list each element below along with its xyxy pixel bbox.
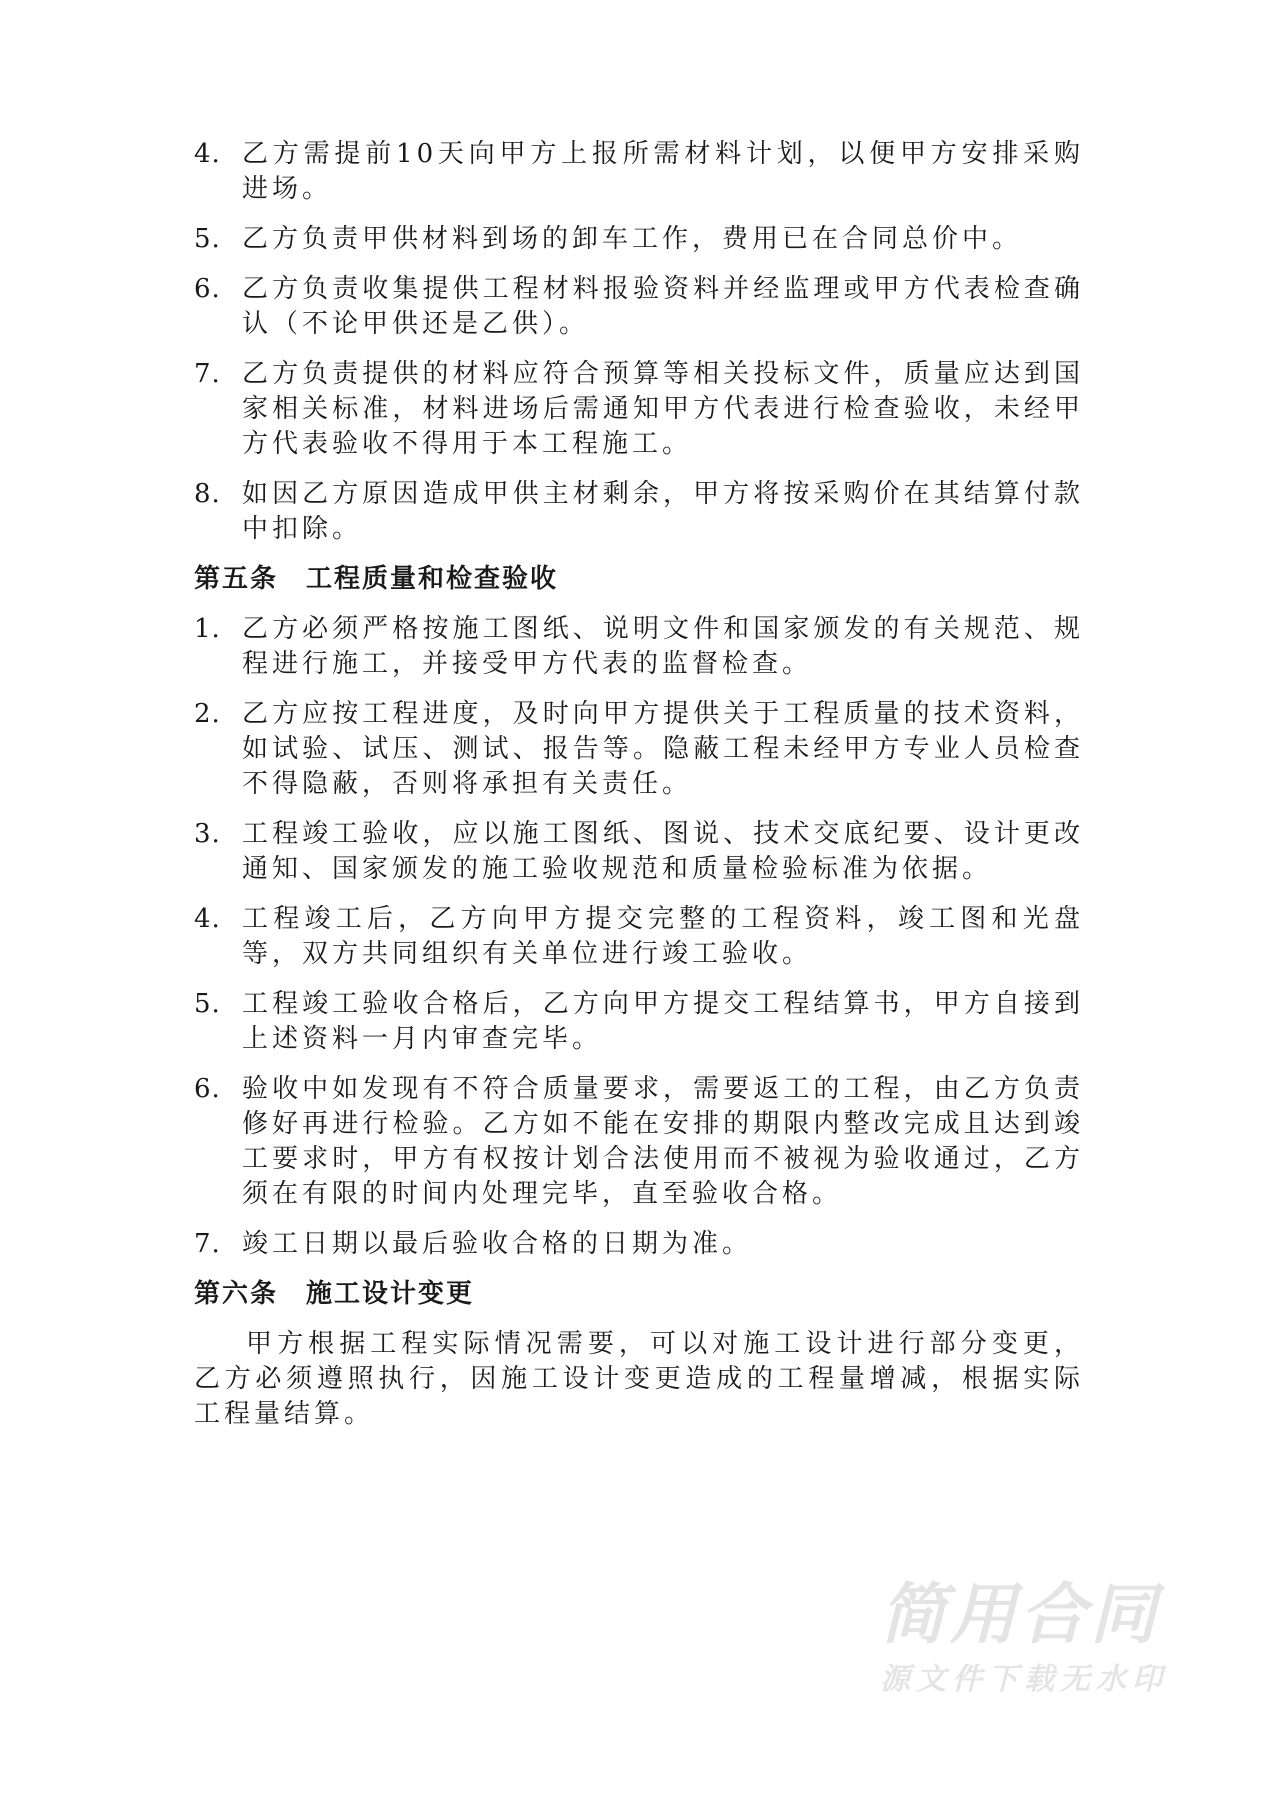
list-item: 4. 工程竣工后，乙方向甲方提交完整的工程资料，竣工图和光盘等，双方共同组织有关…: [194, 902, 1084, 972]
watermark-brand: 简用合同: [880, 1580, 1168, 1650]
item-text: 如因乙方原因造成甲供主材剩余，甲方将按采购价在其结算付款中扣除。: [242, 477, 1084, 547]
item-text: 乙方需提前10天向甲方上报所需材料计划，以便甲方安排采购进场。: [242, 137, 1084, 207]
article-label: 第五条: [194, 564, 278, 594]
item-text: 乙方应按工程进度，及时向甲方提供关于工程质量的技术资料，如试验、试压、测试、报告…: [242, 697, 1084, 802]
item-number: 4.: [194, 137, 242, 207]
watermark: 简用合同 源文件下载无水印: [880, 1580, 1168, 1700]
list-item: 6. 验收中如发现有不符合质量要求，需要返工的工程，由乙方负责修好再进行检验。乙…: [194, 1072, 1084, 1212]
item-text: 工程竣工验收，应以施工图纸、图说、技术交底纪要、设计更改通知、国家颁发的施工验收…: [242, 817, 1084, 887]
item-text: 工程竣工后，乙方向甲方提交完整的工程资料，竣工图和光盘等，双方共同组织有关单位进…: [242, 902, 1084, 972]
document-page: 4. 乙方需提前10天向甲方上报所需材料计划，以便甲方安排采购进场。 5. 乙方…: [194, 137, 1084, 1432]
list-item: 8. 如因乙方原因造成甲供主材剩余，甲方将按采购价在其结算付款中扣除。: [194, 477, 1084, 547]
list-item: 1. 乙方必须严格按施工图纸、说明文件和国家颁发的有关规范、规程进行施工，并接受…: [194, 612, 1084, 682]
item-number: 7.: [194, 1227, 242, 1262]
article-label: 第六条: [194, 1279, 278, 1309]
list-item: 2. 乙方应按工程进度，及时向甲方提供关于工程质量的技术资料，如试验、试压、测试…: [194, 697, 1084, 802]
list-item: 5. 工程竣工验收合格后，乙方向甲方提交工程结算书，甲方自接到上述资料一月内审查…: [194, 987, 1084, 1057]
item-text: 竣工日期以最后验收合格的日期为准。: [242, 1227, 1084, 1262]
list-item: 4. 乙方需提前10天向甲方上报所需材料计划，以便甲方安排采购进场。: [194, 137, 1084, 207]
item-text: 乙方负责提供的材料应符合预算等相关投标文件，质量应达到国家相关标准，材料进场后需…: [242, 357, 1084, 462]
item-number: 6.: [194, 272, 242, 342]
list-item: 5. 乙方负责甲供材料到场的卸车工作，费用已在合同总价中。: [194, 222, 1084, 257]
item-text: 乙方负责收集提供工程材料报验资料并经监理或甲方代表检查确认（不论甲供还是乙供）。: [242, 272, 1084, 342]
item-number: 4.: [194, 902, 242, 972]
item-number: 6.: [194, 1072, 242, 1212]
list-item: 3. 工程竣工验收，应以施工图纸、图说、技术交底纪要、设计更改通知、国家颁发的施…: [194, 817, 1084, 887]
article-5-heading: 第五条工程质量和检查验收: [194, 562, 1084, 597]
list-item: 7. 乙方负责提供的材料应符合预算等相关投标文件，质量应达到国家相关标准，材料进…: [194, 357, 1084, 462]
item-number: 5.: [194, 222, 242, 257]
item-number: 3.: [194, 817, 242, 887]
article-6-paragraph: 甲方根据工程实际情况需要，可以对施工设计进行部分变更，乙方必须遵照执行，因施工设…: [194, 1327, 1084, 1432]
list-item: 7. 竣工日期以最后验收合格的日期为准。: [194, 1227, 1084, 1262]
article-title: 施工设计变更: [306, 1279, 474, 1309]
article-6-heading: 第六条施工设计变更: [194, 1277, 1084, 1312]
item-number: 8.: [194, 477, 242, 547]
item-number: 2.: [194, 697, 242, 802]
item-number: 1.: [194, 612, 242, 682]
item-text: 乙方负责甲供材料到场的卸车工作，费用已在合同总价中。: [242, 222, 1084, 257]
item-text: 工程竣工验收合格后，乙方向甲方提交工程结算书，甲方自接到上述资料一月内审查完毕。: [242, 987, 1084, 1057]
item-number: 5.: [194, 987, 242, 1057]
article-title: 工程质量和检查验收: [306, 564, 558, 594]
item-text: 乙方必须严格按施工图纸、说明文件和国家颁发的有关规范、规程进行施工，并接受甲方代…: [242, 612, 1084, 682]
item-number: 7.: [194, 357, 242, 462]
item-text: 验收中如发现有不符合质量要求，需要返工的工程，由乙方负责修好再进行检验。乙方如不…: [242, 1072, 1084, 1212]
list-item: 6. 乙方负责收集提供工程材料报验资料并经监理或甲方代表检查确认（不论甲供还是乙…: [194, 272, 1084, 342]
watermark-slogan: 源文件下载无水印: [880, 1660, 1168, 1700]
